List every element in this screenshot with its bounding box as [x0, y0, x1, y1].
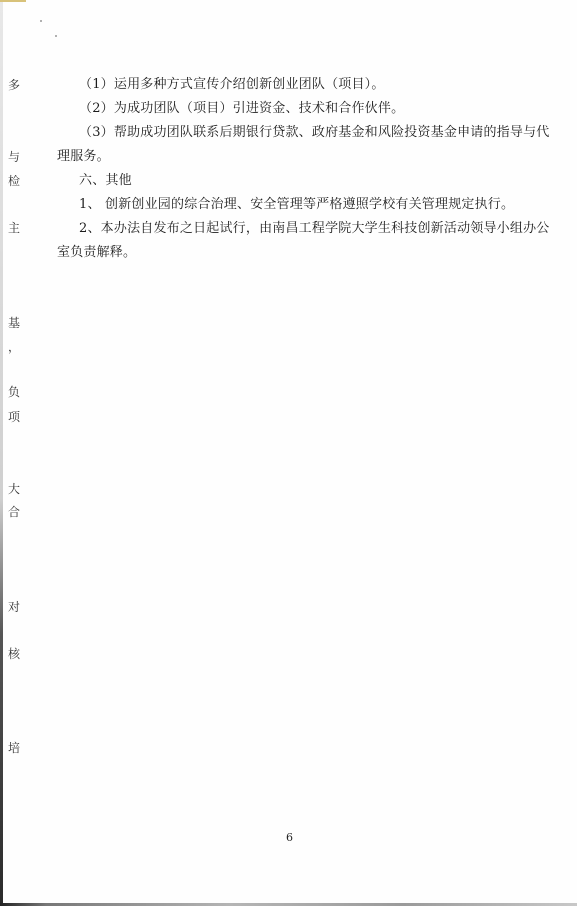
margin-bleed-char: 检 [8, 174, 20, 188]
paragraph-item-3-line-1: （3）帮助成功团队联系后期银行贷款、政府基金和风险投资基金申请的指导与代 [79, 125, 549, 141]
margin-bleed-char: ， [8, 340, 20, 354]
paragraph-item-3-line-2: 理服务。 [57, 149, 110, 165]
margin-bleed-char: 对 [8, 600, 20, 614]
scan-speck [55, 35, 57, 37]
margin-bleed-char: 基 [8, 316, 20, 330]
margin-bleed-char: 多 [8, 78, 20, 92]
margin-bleed-char: 大 [8, 482, 20, 496]
paragraph-rule-2-line-1: 2、本办法自发布之日起试行，由南昌工程学院大学生科技创新活动领导小组办公 [79, 221, 549, 237]
margin-bleed-char: 负 [8, 385, 20, 399]
scan-speck [40, 20, 42, 22]
margin-bleed-char: 核 [8, 647, 20, 661]
margin-bleed-char: 与 [8, 150, 20, 164]
paragraph-item-2: （2）为成功团队（项目）引进资金、技术和合作伙伴。 [79, 101, 404, 117]
paragraph-rule-1: 1、 创新创业园的综合治理、安全管理等严格遵照学校有关管理规定执行。 [79, 197, 514, 213]
margin-bleed-char: 培 [8, 741, 20, 755]
margin-bleed-char: 主 [8, 221, 20, 235]
paragraph-item-1: （1）运用多种方式宣传介绍创新创业团队（项目）。 [79, 77, 385, 93]
page-number: 6 [286, 832, 293, 844]
margin-bleed-char: 合 [8, 505, 20, 519]
scanned-document-page: 多 与 检 主 基 ， 负 项 大 合 对 核 培 （1）运用多种方式宣传介绍创… [0, 0, 577, 906]
paragraph-rule-2-line-2: 室负责解释。 [57, 245, 136, 261]
section-heading-other: 六、其他 [79, 173, 132, 189]
scan-edge-left [0, 0, 3, 906]
scan-edge-top [0, 0, 26, 2]
margin-bleed-char: 项 [8, 410, 20, 424]
